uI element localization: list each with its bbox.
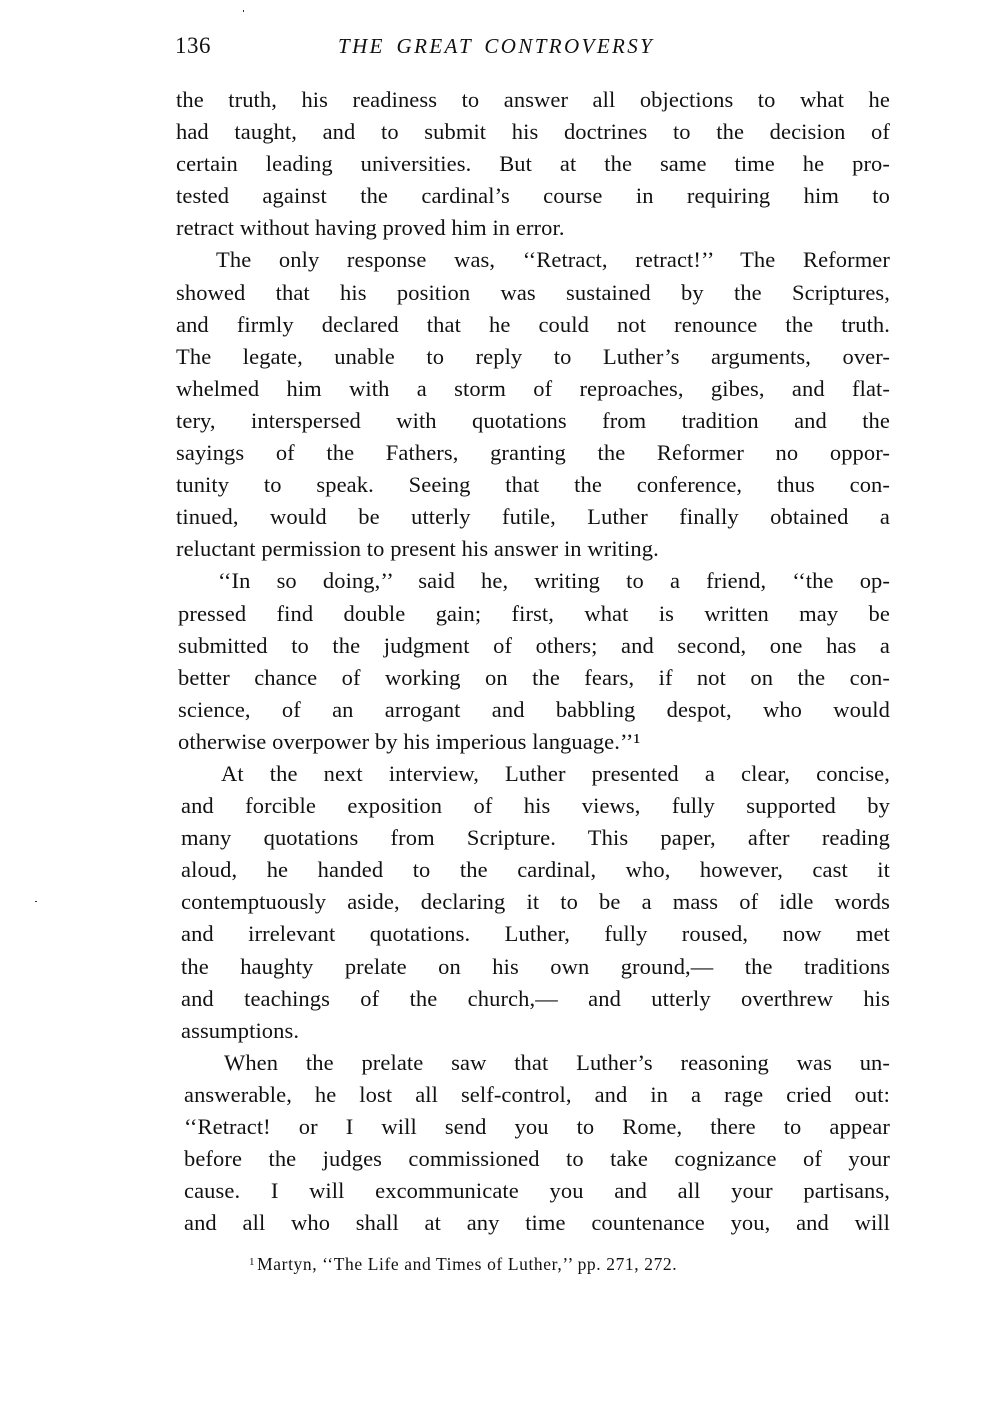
text-line: had taught, and to submit his doctrines … bbox=[176, 116, 890, 148]
book-title: THE GREAT CONTROVERSY bbox=[338, 30, 654, 62]
running-head: 136 THE GREAT CONTROVERSY bbox=[175, 30, 890, 62]
text-line: The legate, unable to reply to Luther’s … bbox=[176, 341, 890, 373]
text-line: whelmed him with a storm of reproaches, … bbox=[176, 373, 890, 405]
text-line: otherwise overpower by his imperious lan… bbox=[178, 726, 890, 758]
text-line: many quotations from Scripture. This pap… bbox=[181, 822, 890, 854]
text-line: tunity to speak. Seeing that the confere… bbox=[176, 469, 890, 501]
text-line: ‘‘In so doing,’’ said he, writing to a f… bbox=[178, 565, 890, 597]
book-page: 136 THE GREAT CONTROVERSY the truth, his… bbox=[0, 0, 1000, 1418]
text-line: tested against the cardinal’s course in … bbox=[176, 180, 890, 212]
page-number: 136 bbox=[175, 30, 211, 62]
text-line: aloud, he handed to the cardinal, who, h… bbox=[181, 854, 890, 886]
paragraph-2: The only response was, ‘‘Retract, retrac… bbox=[176, 244, 890, 565]
text-line: certain leading universities. But at the… bbox=[176, 148, 890, 180]
text-line: sayings of the Fathers, granting the Ref… bbox=[176, 437, 890, 469]
text-line: When the prelate saw that Luther’s reaso… bbox=[184, 1047, 890, 1079]
text-line: reluctant permission to present his answ… bbox=[176, 533, 890, 565]
text-line: pressed find double gain; first, what is… bbox=[178, 598, 890, 630]
text-line: tery, interspersed with quotations from … bbox=[176, 405, 890, 437]
text-line: better chance of working on the fears, i… bbox=[178, 662, 890, 694]
scan-speck bbox=[35, 901, 37, 902]
scan-speck bbox=[243, 10, 244, 12]
text-line: The only response was, ‘‘Retract, retrac… bbox=[176, 244, 890, 276]
text-line: assumptions. bbox=[181, 1015, 890, 1047]
paragraph-1: the truth, his readiness to answer all o… bbox=[176, 84, 890, 244]
text-line: and all who shall at any time countenanc… bbox=[184, 1207, 890, 1239]
text-line: submitted to the judgment of others; and… bbox=[178, 630, 890, 662]
text-line: tinued, would be utterly futile, Luther … bbox=[176, 501, 890, 533]
text-line: ‘‘Retract! or I will send you to Rome, t… bbox=[184, 1111, 890, 1143]
body-text: the truth, his readiness to answer all o… bbox=[176, 84, 890, 1239]
text-line: retract without having proved him in err… bbox=[176, 212, 890, 244]
footnote-text: Martyn, ‘‘The Life and Times of Luther,’… bbox=[257, 1254, 677, 1274]
text-line: showed that his position was sustained b… bbox=[176, 277, 890, 309]
paragraph-5: When the prelate saw that Luther’s reaso… bbox=[176, 1047, 890, 1240]
footnote: 1Martyn, ‘‘The Life and Times of Luther,… bbox=[249, 1248, 677, 1278]
text-line: and irrelevant quotations. Luther, fully… bbox=[181, 918, 890, 950]
text-line: answerable, he lost all self-control, an… bbox=[184, 1079, 890, 1111]
footnote-marker: 1 bbox=[249, 1256, 255, 1268]
text-line: contemptuously aside, declaring it to be… bbox=[181, 886, 890, 918]
text-line: and firmly declared that he could not re… bbox=[176, 309, 890, 341]
text-line: the haughty prelate on his own ground,— … bbox=[181, 951, 890, 983]
paragraph-3: ‘‘In so doing,’’ said he, writing to a f… bbox=[176, 565, 890, 758]
paragraph-4: At the next interview, Luther presented … bbox=[176, 758, 890, 1047]
text-line: the truth, his readiness to answer all o… bbox=[176, 84, 890, 116]
text-line: and teachings of the church,— and utterl… bbox=[181, 983, 890, 1015]
text-line: before the judges commissioned to take c… bbox=[184, 1143, 890, 1175]
text-line: and forcible exposition of his views, fu… bbox=[181, 790, 890, 822]
text-line: science, of an arrogant and babbling des… bbox=[178, 694, 890, 726]
text-line: At the next interview, Luther presented … bbox=[181, 758, 890, 790]
text-line: cause. I will excommunicate you and all … bbox=[184, 1175, 890, 1207]
